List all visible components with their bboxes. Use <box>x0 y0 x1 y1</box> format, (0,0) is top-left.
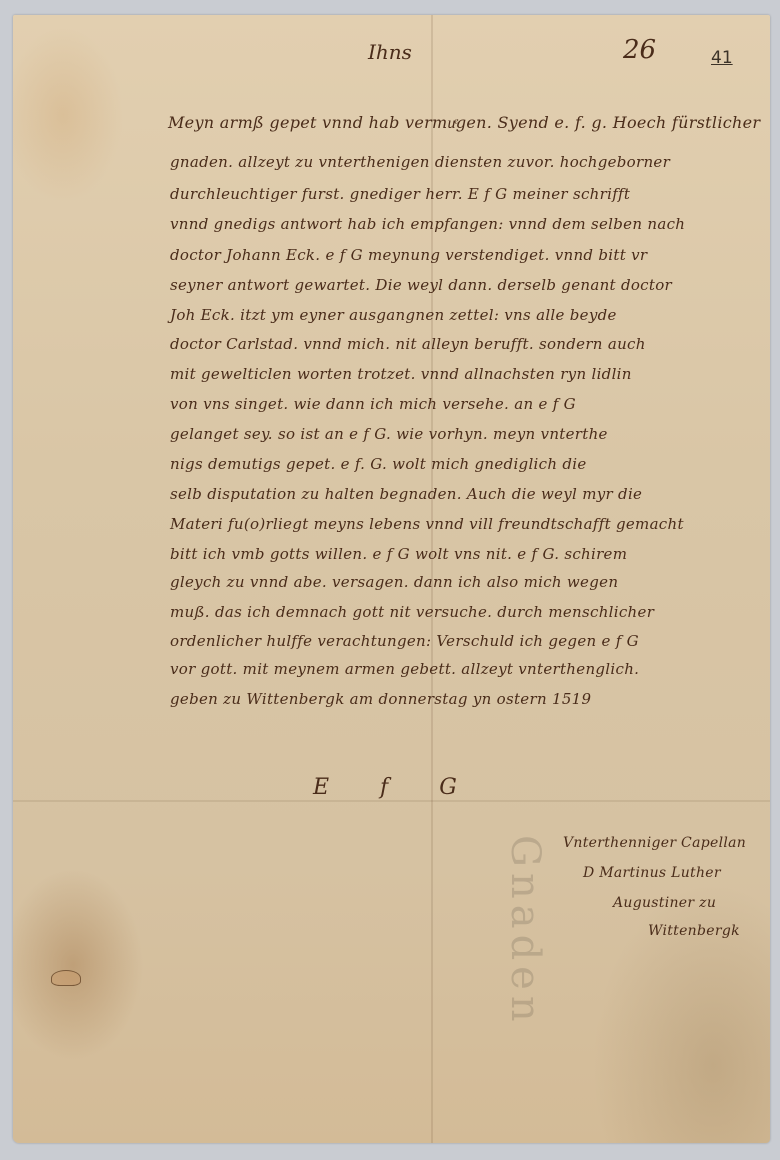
closing-initials: E f G <box>313 775 479 800</box>
body-line: vor gott. mit meynem armen gebett. allze… <box>170 660 639 678</box>
signature-line: Wittenbergk <box>648 923 740 939</box>
body-line: mit gewelticlen worten trotzet. vnnd all… <box>170 365 632 383</box>
body-line: von vns singet. wie dann ich mich verseh… <box>170 395 576 413</box>
body-line: Joh Eck. itzt ym eyner ausgangnen zettel… <box>170 306 617 324</box>
body-line: Meyn armß gepet vnnd hab vermuͤgen. Syen… <box>168 113 760 133</box>
salutation-mark: Ihns <box>368 40 412 64</box>
body-line: Materi fu(o)rliegt meyns lebens vnnd vil… <box>170 515 684 533</box>
dateline: geben zu Wittenbergk am donnerstag yn os… <box>170 690 591 708</box>
body-line: seyner antwort gewartet. Die weyl dann. … <box>170 276 672 294</box>
body-line: gleych zu vnnd abe. versagen. dann ich a… <box>170 573 618 591</box>
body-line: bitt ich vmb gotts willen. e f G wolt vn… <box>170 545 627 563</box>
paper-damage <box>51 970 81 986</box>
body-line: durchleuchtiger furst. gnediger herr. E … <box>170 185 630 203</box>
body-line: gnaden. allzeyt zu vnterthenigen dienste… <box>170 153 670 171</box>
signature-line: D Martinus Luther <box>583 865 721 881</box>
manuscript-page: Gnaden Ihns 26 41 Meyn armß gepet vnnd h… <box>13 15 770 1143</box>
body-line: nigs demutigs gepet. e f. G. wolt mich g… <box>170 455 587 473</box>
signature-line: Vnterthenniger Capellan <box>563 835 746 851</box>
body-line: vnnd gnedigs antwort hab ich empfangen: … <box>170 215 685 233</box>
folio-number: 26 <box>623 35 656 65</box>
body-line: doctor Carlstad. vnnd mich. nit alleyn b… <box>170 335 646 353</box>
body-line: muß. das ich demnach gott nit versuche. … <box>170 603 654 621</box>
body-line: doctor Johann Eck. e f G meynung versten… <box>170 246 647 264</box>
horizontal-fold <box>13 800 770 802</box>
body-line: selb disputation zu halten begnaden. Auc… <box>170 485 642 503</box>
body-line: ordenlicher hulffe verachtungen: Verschu… <box>170 632 639 650</box>
archive-number: 41 <box>711 48 733 68</box>
body-line: gelanget sey. so ist an e f G. wie vorhy… <box>170 425 608 443</box>
bleed-through-text: Gnaden <box>288 835 548 1015</box>
signature-line: Augustiner zu <box>613 895 716 911</box>
